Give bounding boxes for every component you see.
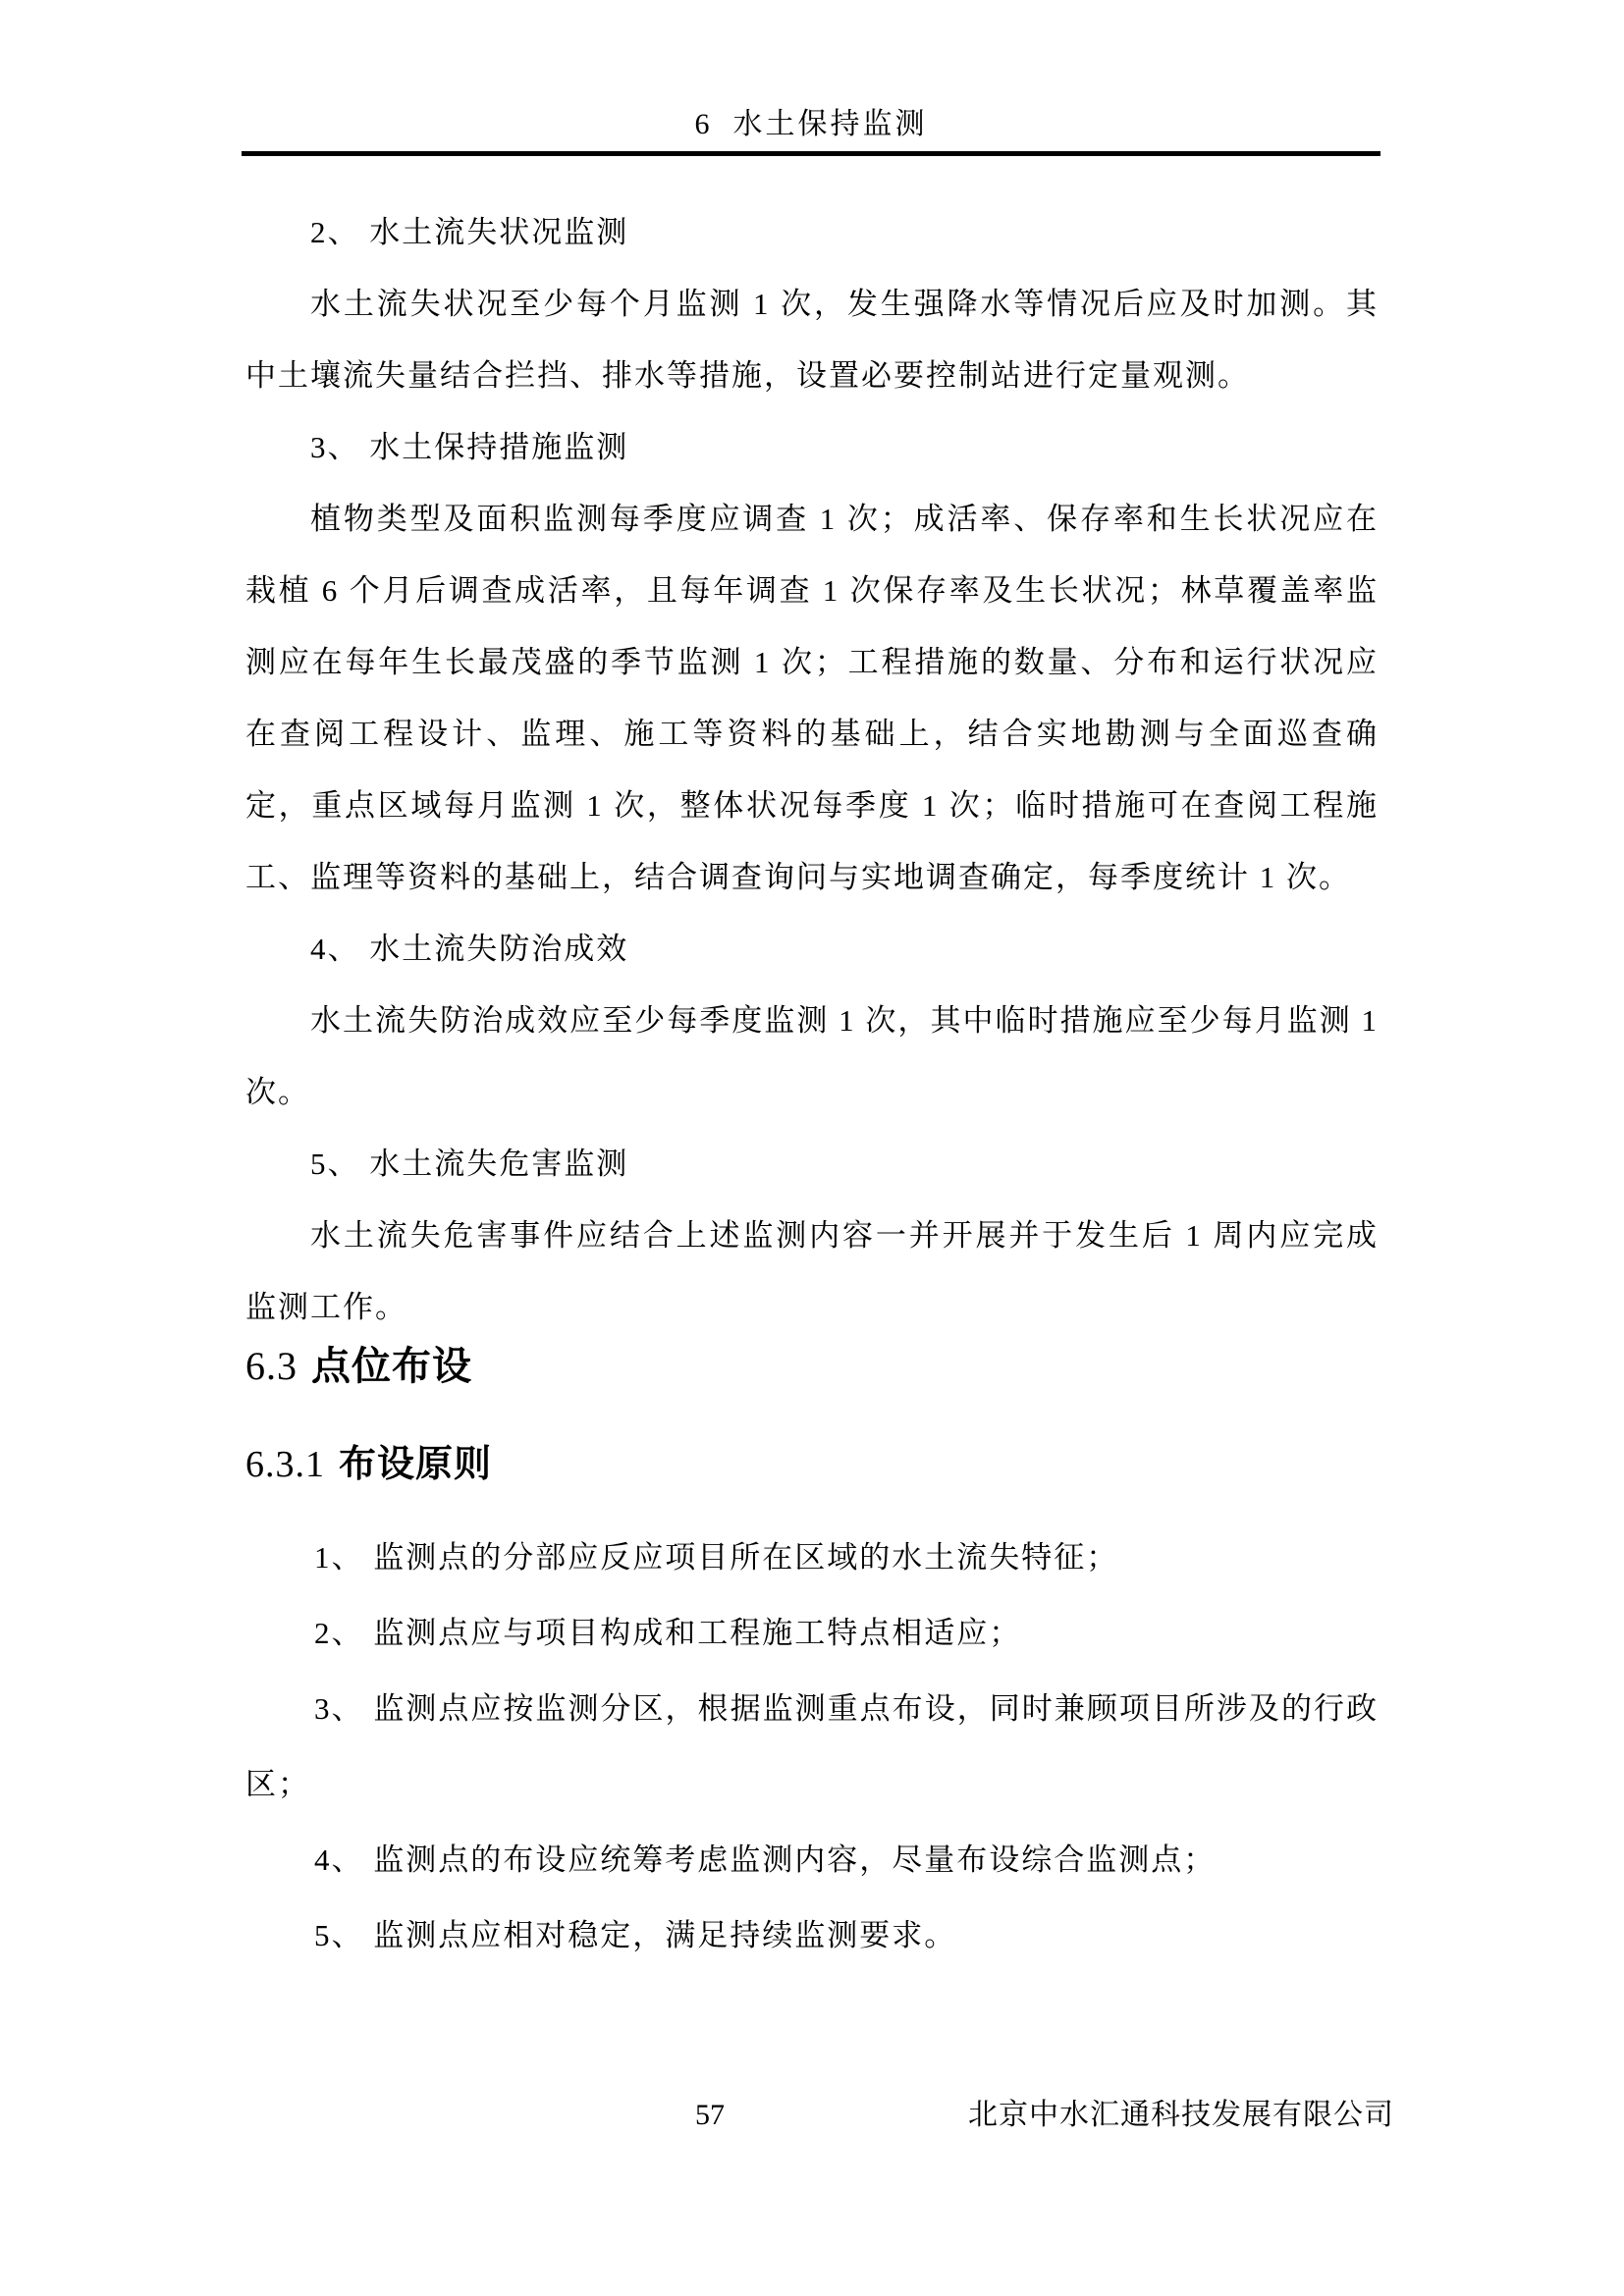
principle-item: 3、 监测点应按监测分区，根据监测重点布设，同时兼顾项目所涉及的行政区； bbox=[245, 1671, 1379, 1822]
list-heading: 3、 水土保持措施监测 bbox=[245, 411, 1379, 483]
subsection-title: 布设原则 bbox=[339, 1444, 492, 1485]
page-number: 57 bbox=[695, 2099, 725, 2132]
body-paragraph: 水土流失危害事件应结合上述监测内容一并开展并于发生后 1 周内应完成监测工作。 bbox=[245, 1200, 1379, 1343]
body-paragraph: 水土流失状况至少每个月监测 1 次，发生强降水等情况后应及时加测。其中土壤流失量… bbox=[245, 268, 1379, 411]
document-body: 2、 水土流失状况监测 水土流失状况至少每个月监测 1 次，发生强降水等情况后应… bbox=[245, 196, 1379, 1973]
company-name: 北京中水汇通科技发展有限公司 bbox=[968, 2099, 1394, 2132]
page-header: 6 水土保持监测 bbox=[242, 106, 1380, 156]
body-paragraph: 水土流失防治成效应至少每季度监测 1 次，其中临时措施应至少每月监测 1 次。 bbox=[245, 985, 1379, 1128]
document-page: 6 水土保持监测 2、 水土流失状况监测 水土流失状况至少每个月监测 1 次，发… bbox=[0, 0, 1624, 2296]
subsection-heading: 6.3.1布设原则 bbox=[245, 1441, 1379, 1488]
body-paragraph: 植物类型及面积监测每季度应调查 1 次；成活率、保存率和生长状况应在栽植 6 个… bbox=[245, 483, 1379, 913]
section-number: 6.3 bbox=[245, 1344, 298, 1388]
chapter-header-title: 6 水土保持监测 bbox=[242, 106, 1380, 143]
principle-item: 1、 监测点的分部应反应项目所在区域的水土流失特征； bbox=[245, 1520, 1379, 1595]
principle-item: 4、 监测点的布设应统筹考虑监测内容，尽量布设综合监测点； bbox=[245, 1822, 1379, 1897]
principle-item: 5、 监测点应相对稳定，满足持续监测要求。 bbox=[245, 1897, 1379, 1973]
principles-list: 1、 监测点的分部应反应项目所在区域的水土流失特征； 2、 监测点应与项目构成和… bbox=[245, 1520, 1379, 1973]
header-rule bbox=[242, 151, 1380, 156]
list-heading: 2、 水土流失状况监测 bbox=[245, 196, 1379, 268]
section-heading: 6.3点位布设 bbox=[245, 1343, 1379, 1390]
subsection-number: 6.3.1 bbox=[245, 1444, 325, 1485]
list-heading: 5、 水土流失危害监测 bbox=[245, 1128, 1379, 1200]
principle-item: 2、 监测点应与项目构成和工程施工特点相适应； bbox=[245, 1595, 1379, 1671]
list-heading: 4、 水土流失防治成效 bbox=[245, 913, 1379, 985]
section-title: 点位布设 bbox=[311, 1345, 472, 1388]
page-footer: 57 北京中水汇通科技发展有限公司 bbox=[245, 2099, 1394, 2138]
